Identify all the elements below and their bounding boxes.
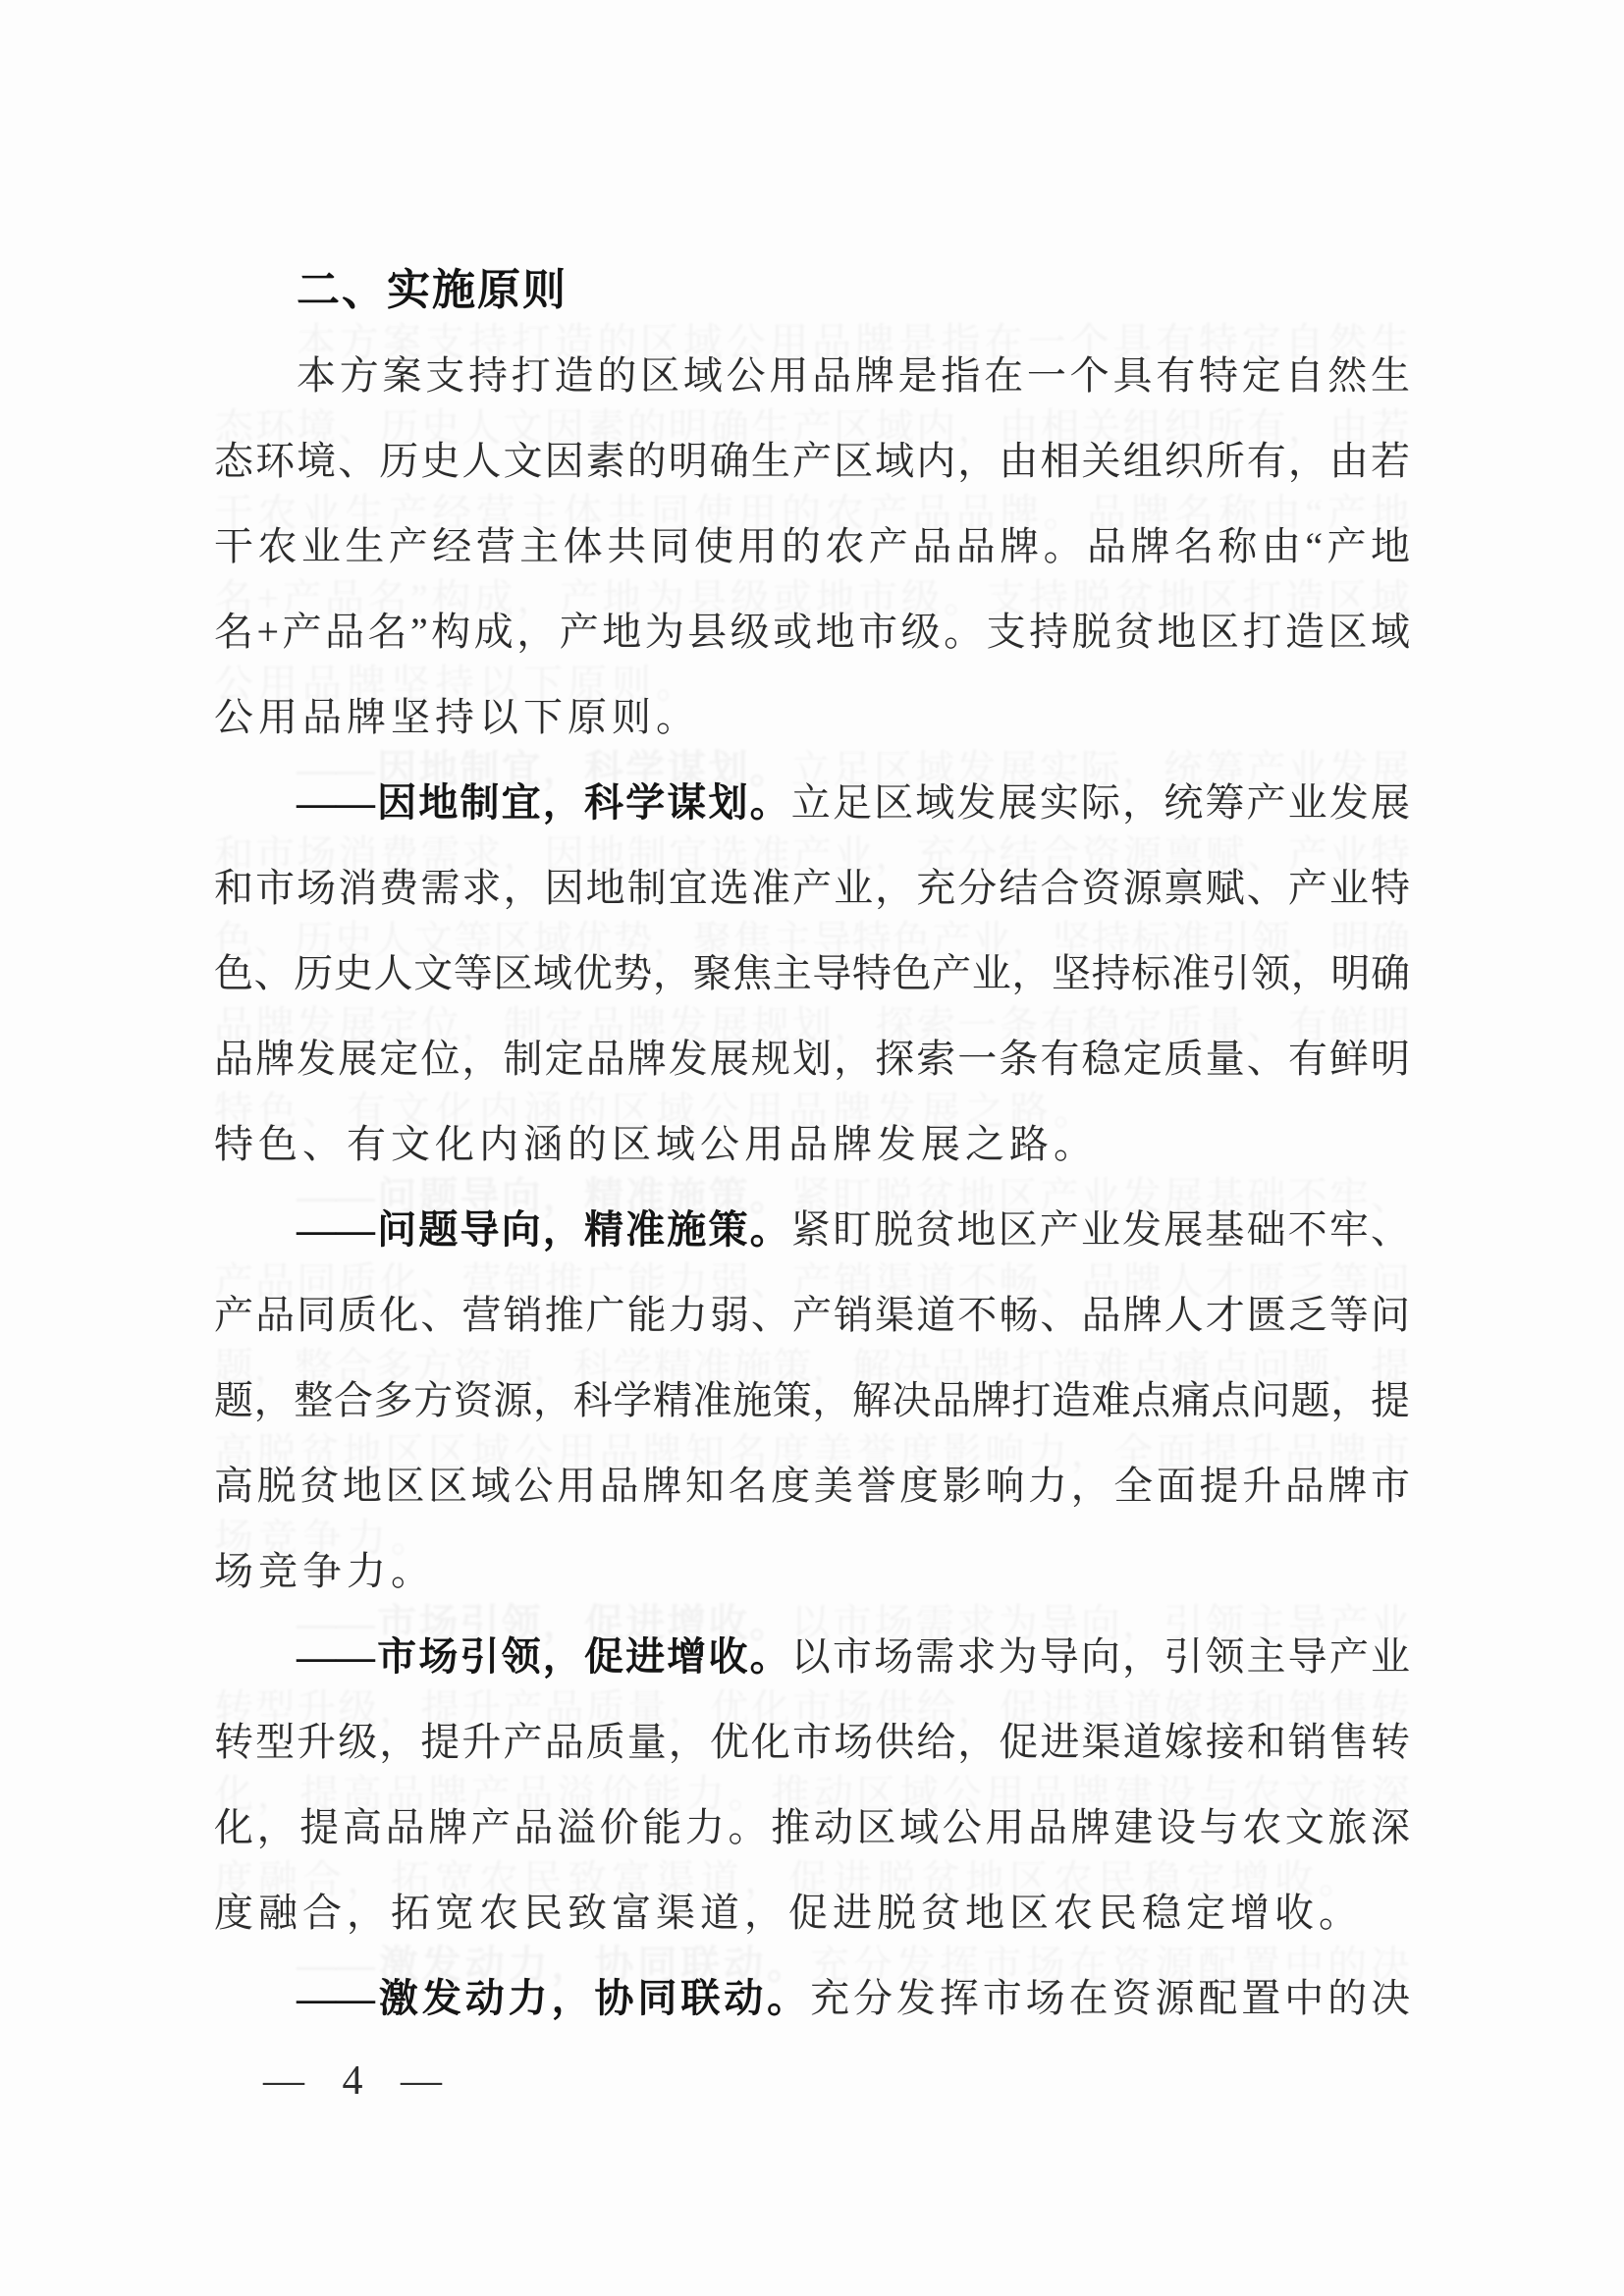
body-text: 态环境、历史人文因素的明确生产区域内，由相关组织所有，由若 (214, 439, 1410, 483)
body-text: 立足区域发展实际，统筹产业发展 (791, 780, 1410, 825)
section-heading: 二、实施原则 (214, 247, 1410, 333)
document-body: 本方案支持打造的区域公用品牌是指在一个具有特定自然生态环境、历史人文因素的明确生… (214, 333, 1410, 2041)
document-line: ——因地制宜，科学谋划。立足区域发展实际，统筹产业发展 (214, 760, 1410, 845)
document-line: ——激发动力，协同联动。充分发挥市场在资源配置中的决 (214, 1955, 1410, 2041)
bold-lead-text: ——问题导向，精准施策。 (297, 1207, 791, 1252)
document-line: 场竞争力。 (214, 1528, 1410, 1614)
body-text: 转型升级，提升产品质量，优化市场供给，促进渠道嫁接和销售转 (214, 1720, 1410, 1764)
document-line: 题，整合多方资源，科学精准施策，解决品牌打造难点痛点问题，提 (214, 1358, 1410, 1443)
body-text: 干农业生产经营主体共同使用的农产品品牌。品牌名称由“产地 (214, 524, 1410, 568)
body-text: 场竞争力。 (214, 1549, 435, 1593)
body-text: 以市场需求为导向，引领主导产业 (791, 1634, 1410, 1679)
body-text: 特色、有文化内涵的区域公用品牌发展之路。 (214, 1122, 1098, 1166)
body-text: 色、历史人文等区域优势，聚焦主导特色产业，坚持标准引领，明确 (214, 951, 1410, 995)
document-line: ——问题导向，精准施策。紧盯脱贫地区产业发展基础不牢、 (214, 1187, 1410, 1272)
bold-lead-text: ——市场引领，促进增收。 (297, 1634, 791, 1679)
document-line: 产品同质化、营销推广能力弱、产销渠道不畅、品牌人才匮乏等问 (214, 1272, 1410, 1358)
document-line: 色、历史人文等区域优势，聚焦主导特色产业，坚持标准引领，明确 (214, 931, 1410, 1016)
document-line: 和市场消费需求，因地制宜选准产业，充分结合资源禀赋、产业特 (214, 845, 1410, 931)
document-line: 公用品牌坚持以下原则。 (214, 674, 1410, 760)
document-content: 二、实施原则 本方案支持打造的区域公用品牌是指在一个具有特定自然生态环境、历史人… (214, 247, 1410, 2041)
bold-lead-text: ——因地制宜，科学谋划。 (297, 780, 791, 825)
document-line: 干农业生产经营主体共同使用的农产品品牌。品牌名称由“产地 (214, 504, 1410, 589)
body-text: 名+产品名”构成，产地为县级或地市级。支持脱贫地区打造区域 (214, 610, 1410, 654)
document-line: 品牌发展定位，制定品牌发展规划，探索一条有稳定质量、有鲜明 (214, 1016, 1410, 1101)
document-line: 化，提高品牌产品溢价能力。推动区域公用品牌建设与农文旅深 (214, 1785, 1410, 1870)
body-text: 度融合，拓宽农民致富渠道，促进脱贫地区农民稳定增收。 (214, 1891, 1363, 1935)
body-text: 紧盯脱贫地区产业发展基础不牢、 (791, 1207, 1410, 1252)
body-text: 公用品牌坚持以下原则。 (214, 695, 700, 739)
document-line: 名+产品名”构成，产地为县级或地市级。支持脱贫地区打造区域 (214, 589, 1410, 674)
body-text: 化，提高品牌产品溢价能力。推动区域公用品牌建设与农文旅深 (214, 1805, 1410, 1849)
document-line: 转型升级，提升产品质量，优化市场供给，促进渠道嫁接和销售转 (214, 1699, 1410, 1785)
body-text: 品牌发展定位，制定品牌发展规划，探索一条有稳定质量、有鲜明 (214, 1037, 1410, 1081)
body-text: 和市场消费需求，因地制宜选准产业，充分结合资源禀赋、产业特 (214, 866, 1410, 910)
body-text: 本方案支持打造的区域公用品牌是指在一个具有特定自然生 (297, 353, 1410, 398)
document-line: ——市场引领，促进增收。以市场需求为导向，引领主导产业 (214, 1614, 1410, 1699)
document-page: 二、实施原则 本方案支持打造的区域公用品牌是指在一个具有特定自然生态环境、历史人… (0, 0, 1624, 2296)
document-line: 高脱贫地区区域公用品牌知名度美誉度影响力，全面提升品牌市 (214, 1443, 1410, 1528)
body-text: 充分发挥市场在资源配置中的决 (810, 1976, 1410, 2020)
page-number: — 4 — (263, 2042, 448, 2120)
document-line: 特色、有文化内涵的区域公用品牌发展之路。 (214, 1101, 1410, 1187)
document-line: 态环境、历史人文因素的明确生产区域内，由相关组织所有，由若 (214, 418, 1410, 504)
body-text: 产品同质化、营销推广能力弱、产销渠道不畅、品牌人才匮乏等问 (214, 1293, 1410, 1337)
document-line: 度融合，拓宽农民致富渠道，促进脱贫地区农民稳定增收。 (214, 1870, 1410, 1955)
document-line: 本方案支持打造的区域公用品牌是指在一个具有特定自然生 (214, 333, 1410, 418)
bold-lead-text: ——激发动力，协同联动。 (297, 1976, 810, 2020)
body-text: 高脱贫地区区域公用品牌知名度美誉度影响力，全面提升品牌市 (214, 1464, 1410, 1508)
body-text: 题，整合多方资源，科学精准施策，解决品牌打造难点痛点问题，提 (214, 1378, 1410, 1422)
